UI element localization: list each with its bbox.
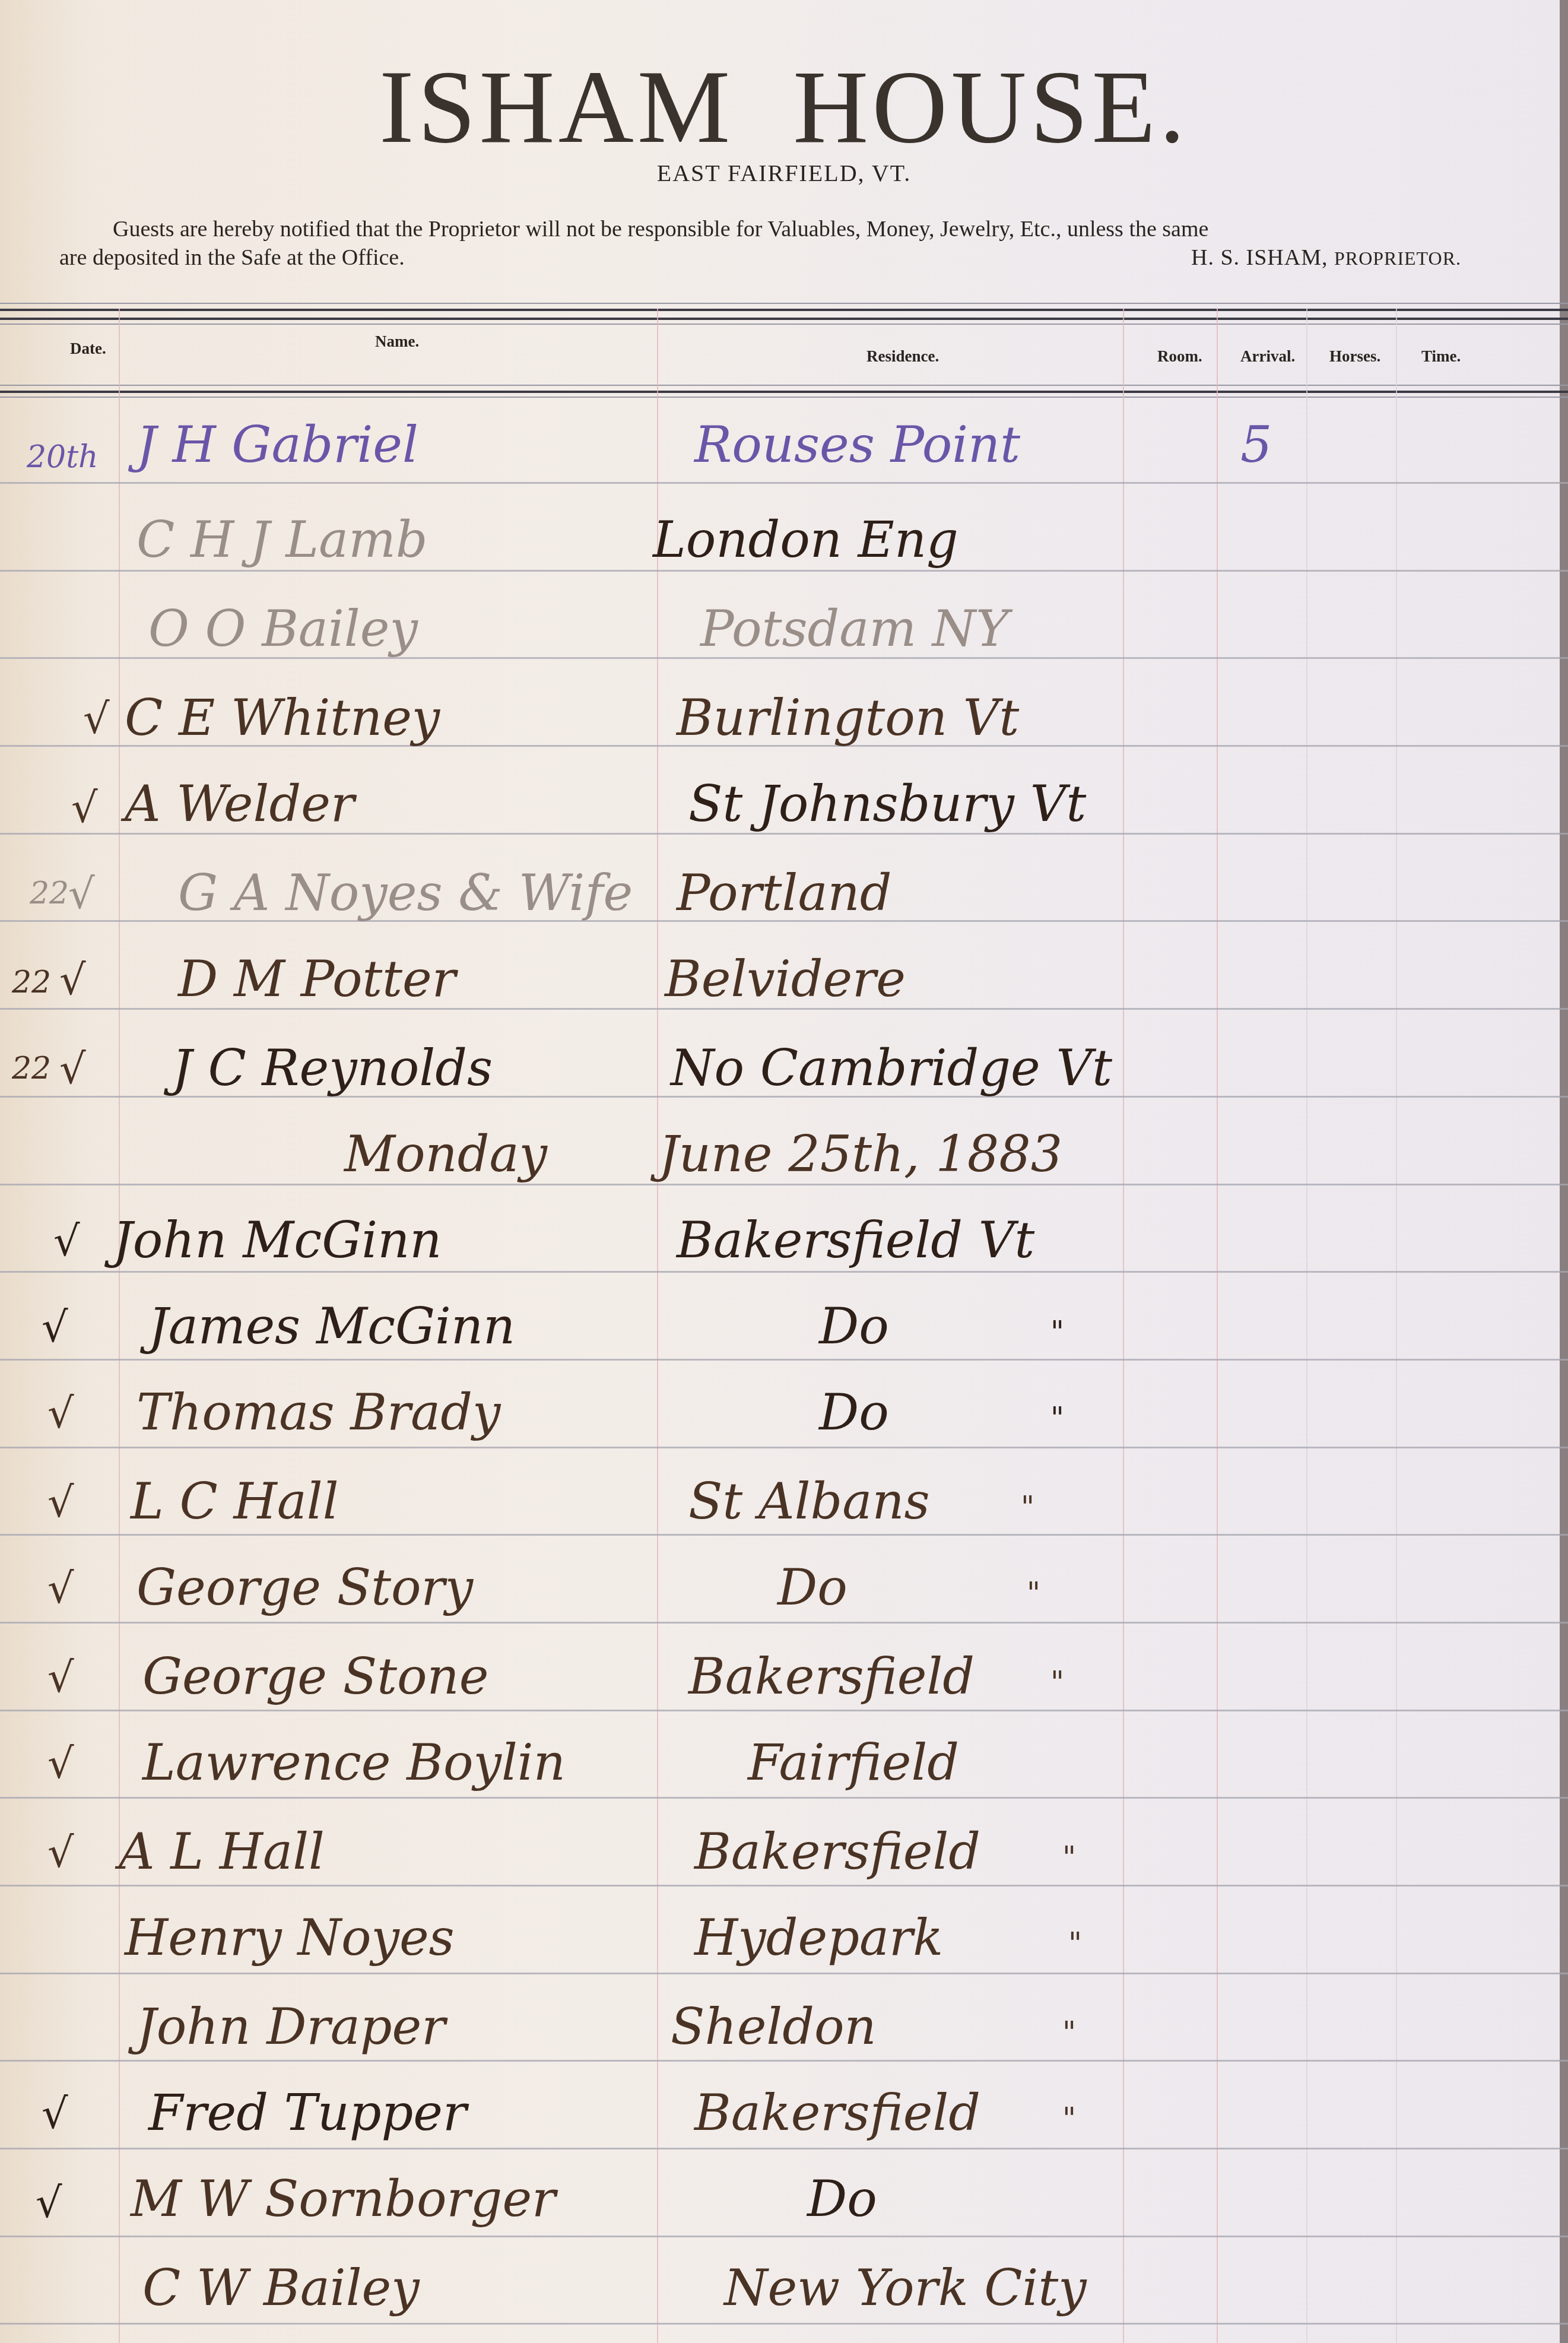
title-isham: ISHAM	[379, 49, 734, 165]
entry-residence: Bakersfield	[694, 2084, 980, 2142]
row-line	[0, 1885, 1568, 1887]
entry-residence: Fairfield	[748, 1733, 959, 1792]
col-header-time: Time.	[1421, 347, 1461, 366]
checkmark: √	[36, 2179, 62, 2227]
row-line	[0, 1008, 1568, 1010]
proprietor: H. S. ISHAM, PROPRIETOR.	[1191, 245, 1461, 271]
entry-date: 22	[12, 1051, 51, 1086]
entry-name: Fred Tupper	[148, 2084, 466, 2142]
entry-name: D M Potter	[178, 950, 456, 1008]
proprietor-name: H. S. ISHAM,	[1191, 245, 1328, 270]
row-line	[0, 570, 1568, 572]
entry-residence: New York City	[724, 2259, 1087, 2317]
col-header-arrival: Arrival.	[1240, 347, 1295, 366]
row-line	[0, 1973, 1568, 1974]
row-line	[0, 1797, 1568, 1799]
entry-residence: Sheldon	[671, 1998, 877, 2056]
proprietor-title: PROPRIETOR.	[1334, 248, 1461, 269]
entry-name: George Stone	[142, 1647, 488, 1705]
entry-name: Thomas Brady	[137, 1383, 500, 1441]
row-line	[0, 2323, 1568, 2325]
ditto-mark: "	[1050, 1315, 1064, 1349]
header-rule-top-2	[0, 318, 1568, 320]
checkmark: √	[47, 1478, 74, 1527]
entry-name: L C Hall	[131, 1472, 339, 1530]
notice-line-1: Guests are hereby notified that the Prop…	[59, 215, 1507, 243]
checkmark: √	[53, 1217, 80, 1266]
entry-name: Lawrence Boylin	[142, 1733, 566, 1792]
entry-residence: Belvidere	[665, 950, 906, 1008]
column-line-date	[119, 309, 120, 2343]
entry-name: Henry Noyes	[125, 1908, 455, 1967]
entry-name: C W Bailey	[142, 2259, 420, 2317]
entry-date: 20th	[27, 439, 99, 475]
entry-name: C H J Lamb	[137, 511, 428, 569]
entry-name: John McGinn	[113, 1211, 442, 1269]
row-line	[0, 2060, 1568, 2062]
column-line-room	[1217, 309, 1218, 2343]
entry-residence: Hydepark	[694, 1908, 943, 1967]
header-rule-top-inner	[0, 324, 1568, 325]
header-rule-bottom-inner	[0, 397, 1568, 398]
checkmark: √	[71, 784, 98, 832]
entry-residence: Bakersfield Vt	[677, 1211, 1034, 1269]
ditto-mark: "	[1068, 1926, 1082, 1961]
day-heading: Monday	[344, 1125, 547, 1183]
date-heading: June 25th, 1883	[659, 1125, 1062, 1183]
entry-name: J C Reynolds	[172, 1039, 493, 1097]
checkmark: √	[59, 1045, 86, 1093]
title-house: HOUSE.	[793, 49, 1189, 165]
entry-name: George Story	[137, 1558, 473, 1616]
checkmark: √	[42, 2090, 68, 2138]
entry-name: M W Sornborger	[131, 2170, 556, 2228]
checkmark: √	[47, 1389, 74, 1438]
row-line	[0, 833, 1568, 835]
ditto-mark: "	[1062, 1840, 1076, 1875]
entry-residence: Do	[777, 1558, 848, 1616]
entry-date: 22	[30, 876, 69, 911]
entry-name: John Draper	[137, 1998, 445, 2056]
entry-residence: Rouses Point	[694, 416, 1020, 474]
header-rule-top-outer	[0, 303, 1568, 304]
entry-name: G A Noyes & Wife	[178, 864, 633, 922]
col-header-date: Date.	[70, 340, 106, 358]
ditto-mark: "	[1021, 1490, 1034, 1524]
row-line	[0, 1271, 1568, 1273]
header-rule-top	[0, 309, 1568, 311]
entry-residence: Do	[819, 1383, 889, 1441]
column-line-residence	[1123, 309, 1124, 2343]
entry-room: 5	[1240, 416, 1272, 474]
row-line	[0, 482, 1568, 484]
entry-residence: Potsdam NY	[700, 600, 1009, 658]
checkmark: √	[47, 1653, 74, 1702]
checkmark: √	[59, 956, 86, 1004]
ditto-mark: "	[1062, 2101, 1076, 2136]
entry-residence: St Johnsbury Vt	[688, 775, 1086, 833]
row-line	[0, 2236, 1568, 2237]
entry-residence: Portland	[677, 864, 891, 922]
checkmark: √	[83, 695, 110, 743]
entry-residence: Bakersfield	[694, 1822, 980, 1881]
page-edge	[1560, 0, 1568, 2343]
location: EAST FAIRFIELD, VT.	[0, 159, 1568, 187]
entry-name: O O Bailey	[148, 600, 418, 658]
row-line	[0, 1184, 1568, 1185]
ditto-mark: "	[1050, 1401, 1064, 1435]
entry-date: 22	[12, 965, 51, 1000]
ditto-mark: "	[1050, 1665, 1064, 1700]
ditto-mark: "	[1027, 1576, 1040, 1610]
entry-name: A L Hall	[119, 1822, 325, 1881]
entry-residence: London Eng	[653, 511, 958, 569]
entry-residence: Do	[807, 2170, 877, 2228]
column-line-horses	[1396, 309, 1397, 2343]
entry-name: James McGinn	[148, 1297, 515, 1355]
checkmark: √	[68, 870, 95, 918]
checkmark: √	[47, 1739, 74, 1788]
header-rule-bottom-outer	[0, 385, 1568, 386]
row-line	[0, 1534, 1568, 1536]
entry-name: J H Gabriel	[137, 416, 418, 474]
column-line-name	[657, 309, 658, 2343]
row-line	[0, 1359, 1568, 1361]
col-header-horses: Horses.	[1329, 347, 1380, 366]
row-line	[0, 2148, 1568, 2149]
entry-residence: Burlington Vt	[677, 689, 1019, 747]
entry-residence: Bakersfield	[688, 1647, 975, 1705]
entry-residence: No Cambridge Vt	[671, 1039, 1112, 1097]
entry-residence: St Albans	[688, 1472, 930, 1530]
column-line-arrival	[1306, 309, 1307, 2343]
col-header-room: Room.	[1157, 347, 1202, 366]
entry-name: C E Whitney	[125, 689, 440, 747]
checkmark: √	[42, 1303, 68, 1352]
col-header-residence: Residence.	[866, 347, 939, 366]
header-rule-bottom	[0, 391, 1568, 393]
entry-name: A Welder	[125, 775, 354, 833]
entry-residence: Do	[819, 1297, 889, 1355]
hotel-title: ISHAMHOUSE.	[0, 47, 1568, 167]
checkmark: √	[47, 1564, 74, 1613]
checkmark: √	[47, 1828, 74, 1877]
row-line	[0, 1622, 1568, 1624]
row-line	[0, 1447, 1568, 1448]
ditto-mark: "	[1062, 2015, 1076, 2050]
row-line	[0, 1710, 1568, 1711]
col-header-name: Name.	[375, 332, 419, 351]
